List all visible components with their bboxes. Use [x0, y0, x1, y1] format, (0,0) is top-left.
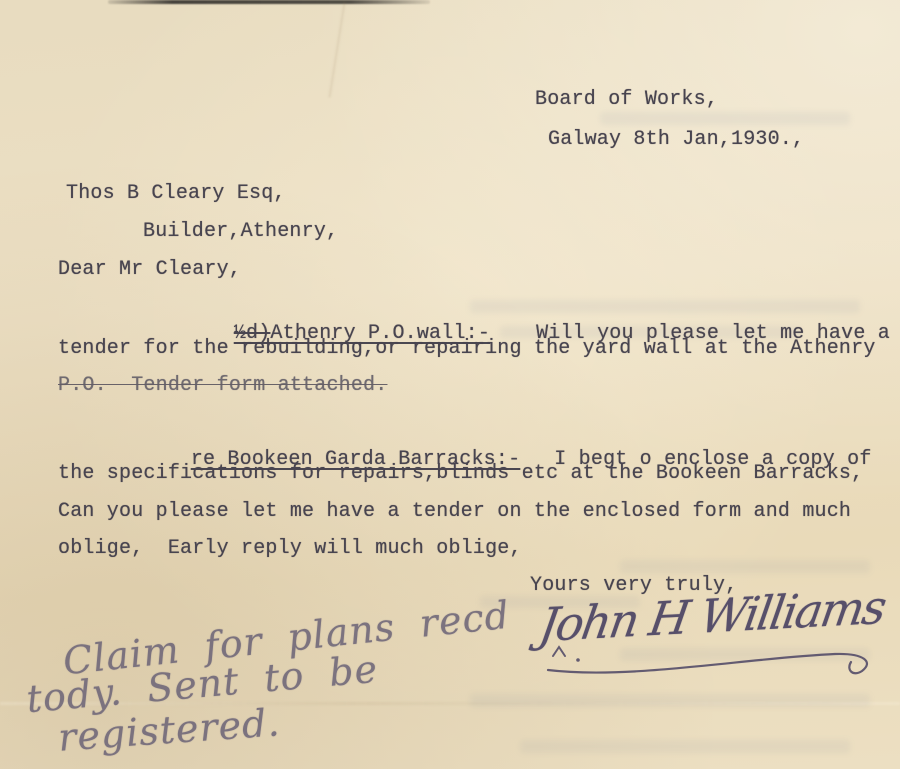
- signature-flourish: [520, 638, 892, 696]
- para-bookeen-line4: oblige, Early reply will much oblige,: [58, 537, 522, 561]
- dateline: Galway 8th Jan,1930.,: [548, 128, 804, 152]
- ink-bleedthrough: [520, 740, 850, 753]
- scanner-edge-shadow: [108, 0, 430, 4]
- paper-fold-crease: [329, 2, 346, 97]
- para-athenry-line2: tender for the rebuilding,or repairing t…: [58, 337, 876, 361]
- sender-organisation: Board of Works,: [535, 88, 718, 112]
- ink-bleedthrough: [600, 112, 850, 125]
- para-athenry-line3-struck: P.O. Tender form attached.: [58, 374, 387, 398]
- para-bookeen-line3: Can you please let me have a tender on t…: [58, 500, 851, 524]
- salutation: Dear Mr Cleary,: [58, 258, 241, 282]
- recipient-name: Thos B Cleary Esq,: [66, 182, 286, 206]
- para-bookeen-line2: the specifications for repairs,blinds et…: [58, 462, 863, 486]
- scanned-letter-page: Board of Works, Galway 8th Jan,1930., Th…: [0, 0, 900, 769]
- recipient-address: Builder,Athenry,: [143, 220, 338, 244]
- ink-bleedthrough: [620, 560, 870, 573]
